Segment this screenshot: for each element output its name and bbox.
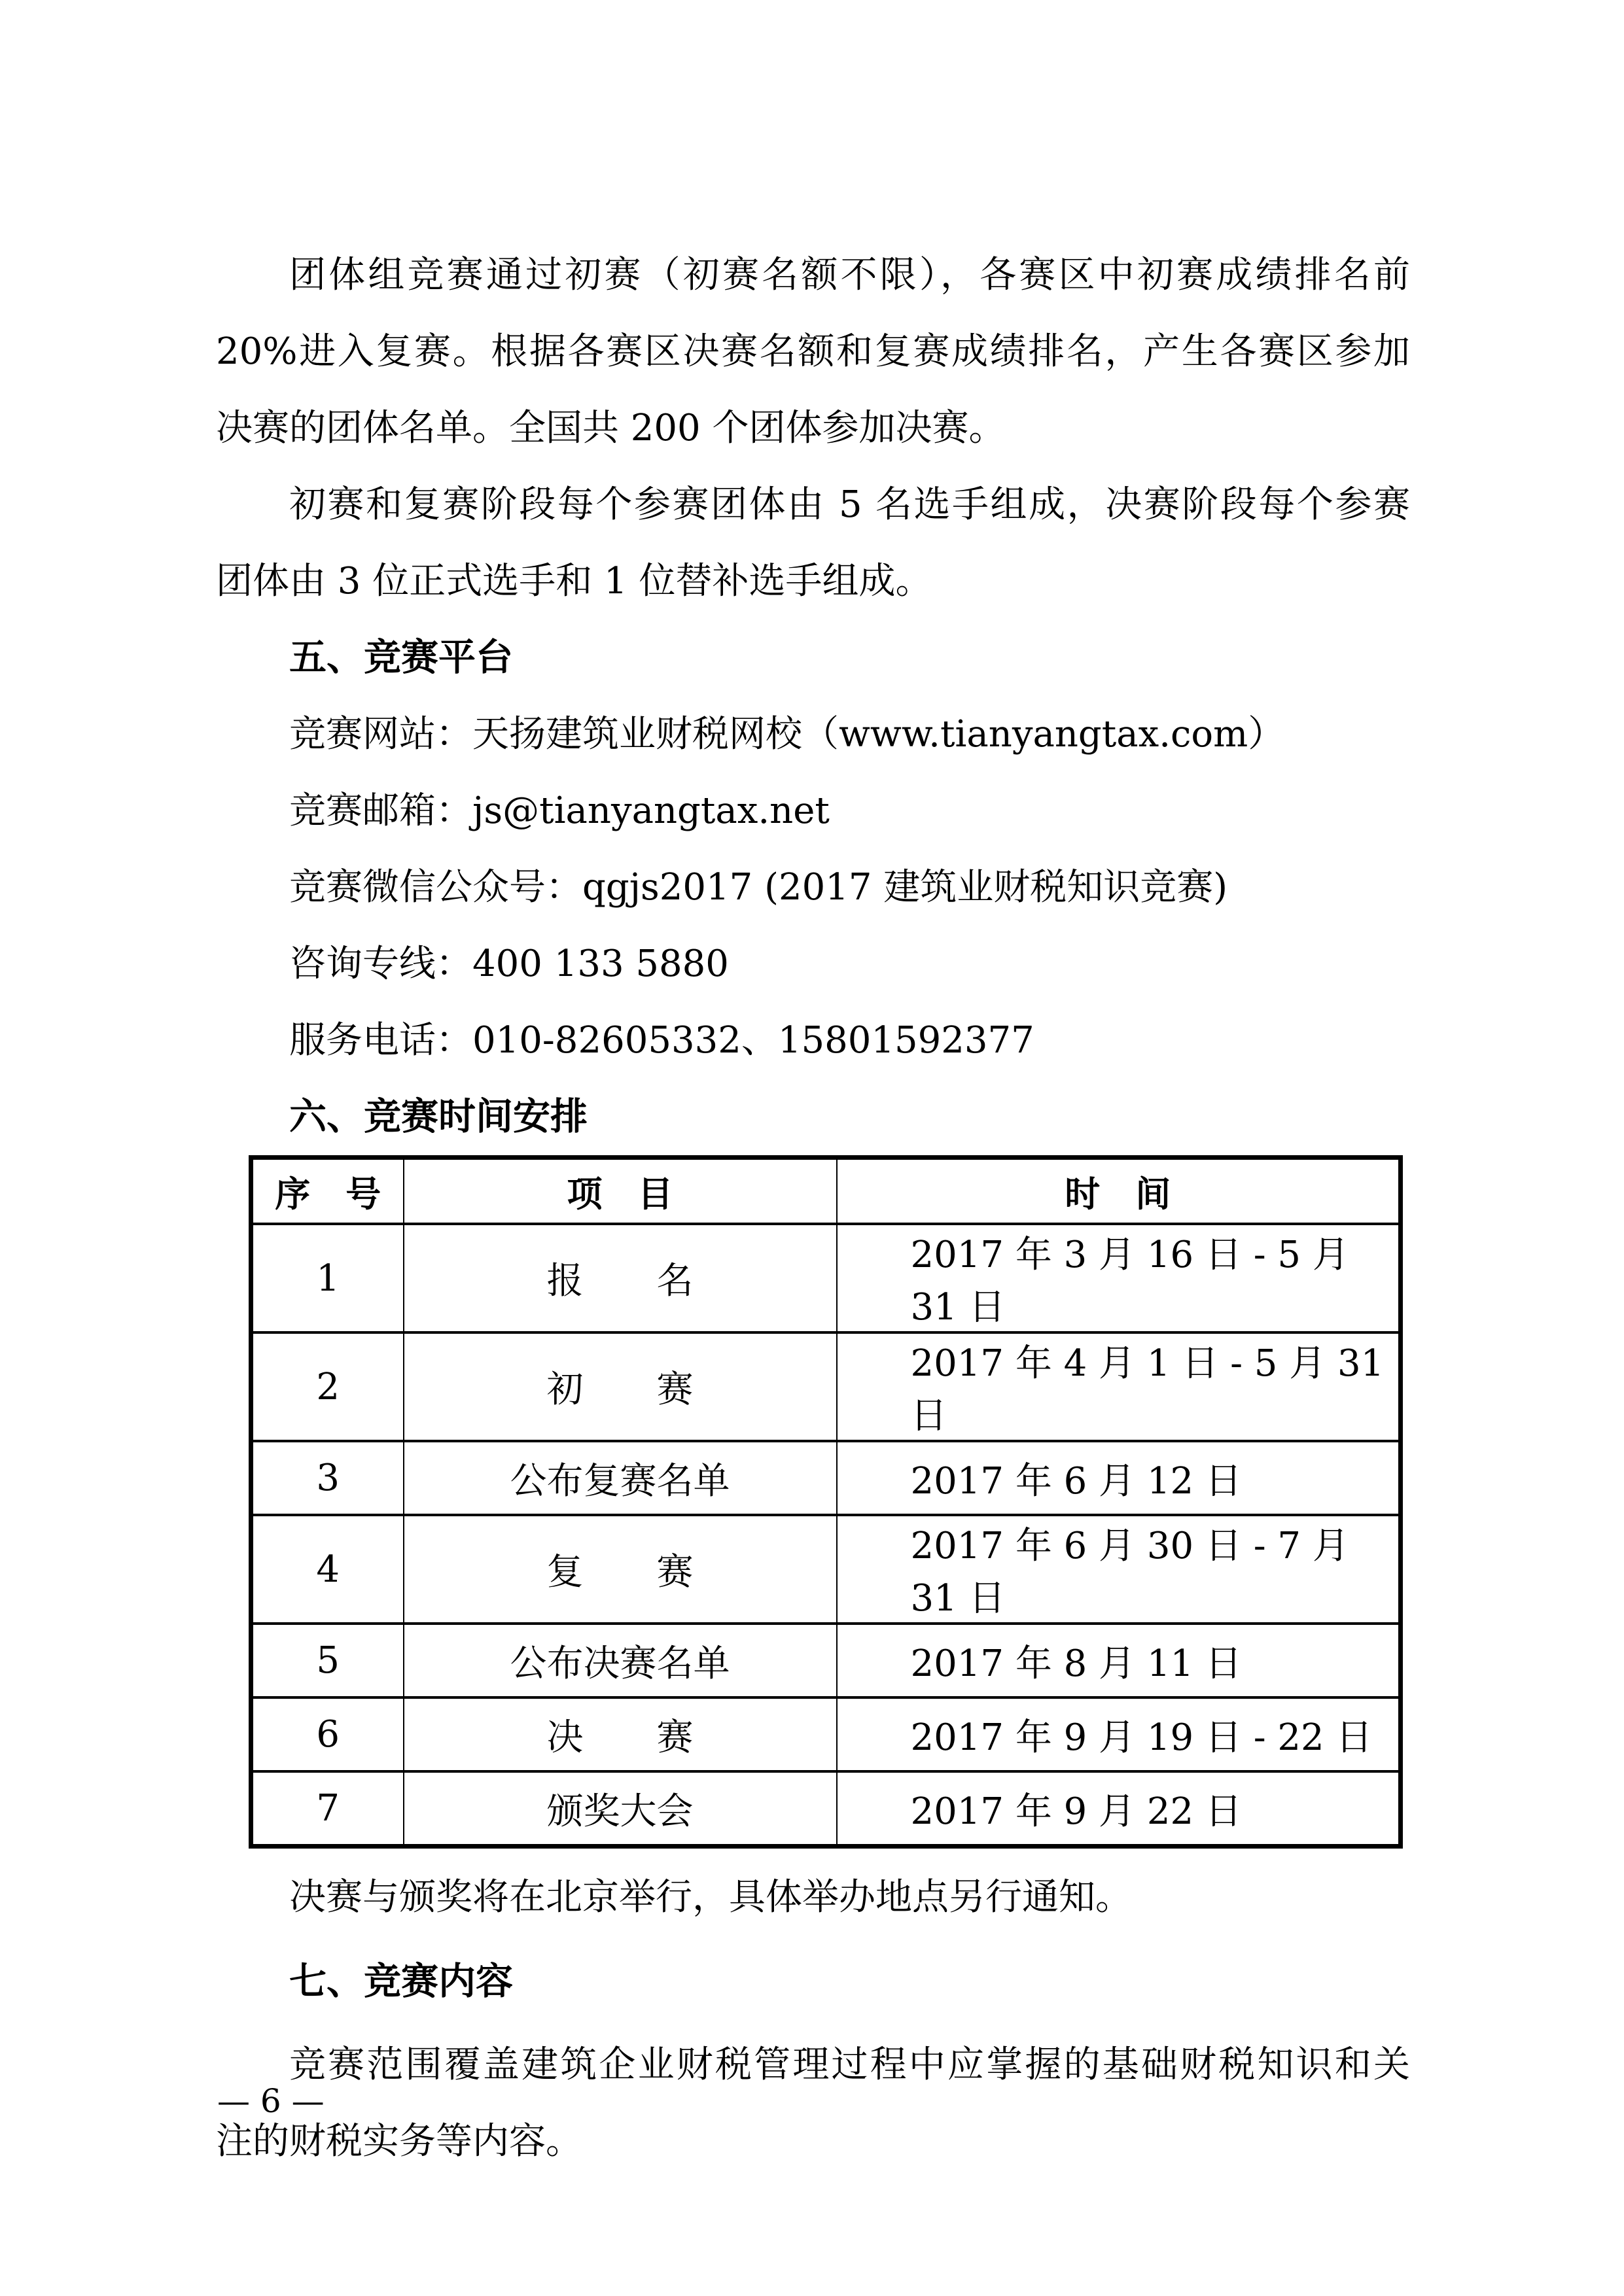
schedule-row-2: 2 初 赛 2017 年 4 月 1 日 - 5 月 31 日: [251, 1332, 1401, 1441]
schedule-header-no: 序 号: [251, 1158, 404, 1225]
schedule-row-1-item: 报 名: [404, 1224, 837, 1332]
section5-heading: 五、竞赛平台: [216, 619, 1410, 696]
section7-para-line1: 竞赛范围覆盖建筑企业财税管理过程中应掌握的基础财税知识和关: [216, 2026, 1410, 2103]
schedule-row-5-time: 2017 年 8 月 11 日: [837, 1624, 1401, 1697]
schedule-header-time: 时 间: [837, 1158, 1401, 1225]
schedule-row-2-no: 2: [251, 1332, 404, 1441]
schedule-row-4-no: 4: [251, 1515, 404, 1624]
schedule-row-7-item: 颁奖大会: [404, 1771, 837, 1847]
schedule-row-3: 3 公布复赛名单 2017 年 6 月 12 日: [251, 1441, 1401, 1515]
para2-line1: 初赛和复赛阶段每个参赛团体由 5 名选手组成，决赛阶段每个参赛: [216, 466, 1410, 543]
schedule-row-3-no: 3: [251, 1441, 404, 1515]
document-content: 团体组竞赛通过初赛（初赛名额不限），各赛区中初赛成绩排名前 20%进入复赛。根据…: [216, 237, 1410, 2180]
schedule-row-3-item: 公布复赛名单: [404, 1441, 837, 1515]
schedule-row-2-item: 初 赛: [404, 1332, 837, 1441]
section7-para-line2: 注的财税实务等内容。: [216, 2103, 1410, 2180]
schedule-row-2-time: 2017 年 4 月 1 日 - 5 月 31 日: [837, 1332, 1401, 1441]
schedule-note-line: 决赛与颁奖将在北京举行，具体举办地点另行通知。: [216, 1859, 1410, 1936]
schedule-header-row: 序 号 项 目 时 间: [251, 1158, 1401, 1225]
schedule-row-4: 4 复 赛 2017 年 6 月 30 日 - 7 月 31 日: [251, 1515, 1401, 1624]
section7-heading: 七、竞赛内容: [216, 1943, 1410, 2020]
schedule-row-6-item: 决 赛: [404, 1697, 837, 1771]
para2-line2: 团体由 3 位正式选手和 1 位替补选手组成。: [216, 543, 1410, 619]
schedule-row-5-no: 5: [251, 1624, 404, 1697]
schedule-row-1-time: 2017 年 3 月 16 日 - 5 月 31 日: [837, 1224, 1401, 1332]
schedule-table-wrap: 序 号 项 目 时 间 1 报 名 2017 年 3 月 16 日 - 5 月 …: [249, 1155, 1410, 1849]
document-page: 团体组竞赛通过初赛（初赛名额不限），各赛区中初赛成绩排名前 20%进入复赛。根据…: [0, 0, 1624, 2296]
schedule-row-6: 6 决 赛 2017 年 9 月 19 日 - 22 日: [251, 1697, 1401, 1771]
schedule-header-item: 项 目: [404, 1158, 837, 1225]
schedule-row-5-item: 公布决赛名单: [404, 1624, 837, 1697]
contest-website-line: 竞赛网站：天扬建筑业财税网校（www.tianyangtax.com）: [216, 696, 1410, 773]
para1-line1: 团体组竞赛通过初赛（初赛名额不限），各赛区中初赛成绩排名前: [216, 237, 1410, 313]
contest-wechat-line: 竞赛微信公众号：qgjs2017 (2017 建筑业财税知识竞赛): [216, 849, 1410, 926]
schedule-row-7-time: 2017 年 9 月 22 日: [837, 1771, 1401, 1847]
schedule-row-6-time: 2017 年 9 月 19 日 - 22 日: [837, 1697, 1401, 1771]
schedule-row-3-time: 2017 年 6 月 12 日: [837, 1441, 1401, 1515]
schedule-row-4-time: 2017 年 6 月 30 日 - 7 月 31 日: [837, 1515, 1401, 1624]
contest-hotline-line: 咨询专线：400 133 5880: [216, 926, 1410, 1002]
page-number: — 6 —: [217, 2075, 325, 2127]
contest-email-line: 竞赛邮箱：js@tianyangtax.net: [216, 773, 1410, 849]
schedule-row-1-no: 1: [251, 1224, 404, 1332]
schedule-table: 序 号 项 目 时 间 1 报 名 2017 年 3 月 16 日 - 5 月 …: [249, 1155, 1403, 1849]
schedule-row-7: 7 颁奖大会 2017 年 9 月 22 日: [251, 1771, 1401, 1847]
para1-line2: 20%进入复赛。根据各赛区决赛名额和复赛成绩排名，产生各赛区参加: [216, 313, 1410, 390]
para1-line3: 决赛的团体名单。全国共 200 个团体参加决赛。: [216, 390, 1410, 466]
section6-heading: 六、竞赛时间安排: [216, 1079, 1410, 1155]
schedule-row-4-item: 复 赛: [404, 1515, 837, 1624]
schedule-row-6-no: 6: [251, 1697, 404, 1771]
schedule-row-7-no: 7: [251, 1771, 404, 1847]
schedule-row-5: 5 公布决赛名单 2017 年 8 月 11 日: [251, 1624, 1401, 1697]
schedule-row-1: 1 报 名 2017 年 3 月 16 日 - 5 月 31 日: [251, 1224, 1401, 1332]
contest-service-phone-line: 服务电话：010-82605332、15801592377: [216, 1002, 1410, 1079]
